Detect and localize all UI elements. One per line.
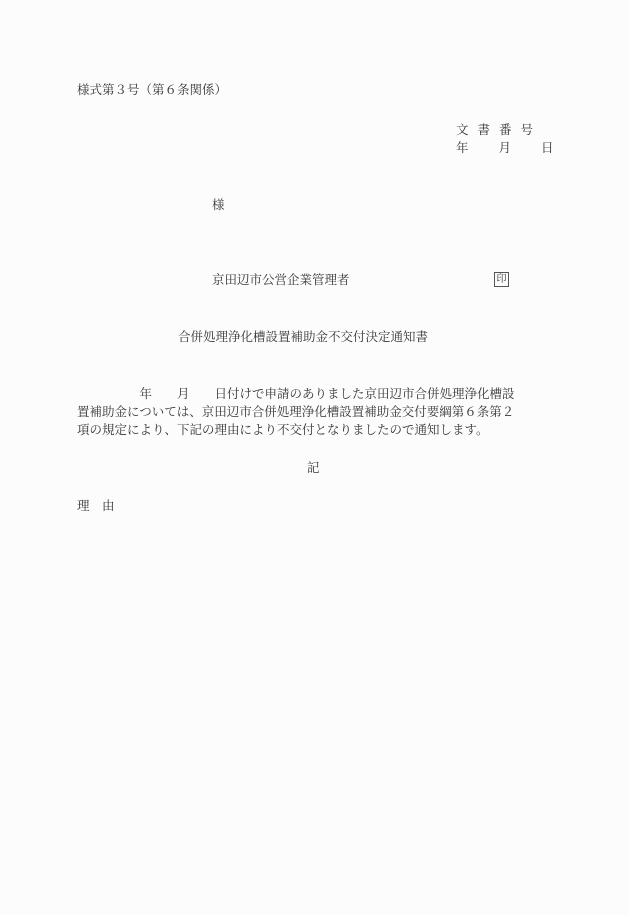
body-line: 年 月 日付けで申請のありました京田辺市合併処理浄化槽設 bbox=[77, 385, 552, 403]
date-month: 月 bbox=[499, 142, 512, 155]
document-title: 合併処理浄化槽設置補助金不交付決定通知書 bbox=[178, 331, 428, 344]
seal-icon: 印 bbox=[494, 272, 509, 287]
form-number: 様式第３号（第６条関係） bbox=[77, 84, 227, 97]
body-line: 置補助金については、京田辺市合併処理浄化槽設置補助金交付要綱第６条第２ bbox=[77, 403, 552, 421]
document-number-label: 文書番号 bbox=[456, 124, 542, 137]
addressee: 様 bbox=[212, 199, 225, 212]
ki-heading: 記 bbox=[307, 462, 320, 475]
date-day: 日 bbox=[541, 142, 554, 155]
body-text: 年 月 日付けで申請のありました京田辺市合併処理浄化槽設 置補助金については、京… bbox=[77, 385, 552, 439]
issue-date: 年月日 bbox=[456, 142, 554, 155]
date-year: 年 bbox=[456, 142, 469, 155]
body-line: 項の規定により、下記の理由により不交付となりましたので通知します。 bbox=[77, 421, 552, 439]
reason-label: 理 由 bbox=[77, 500, 115, 513]
issuer-name: 京田辺市公営企業管理者 bbox=[212, 274, 350, 287]
